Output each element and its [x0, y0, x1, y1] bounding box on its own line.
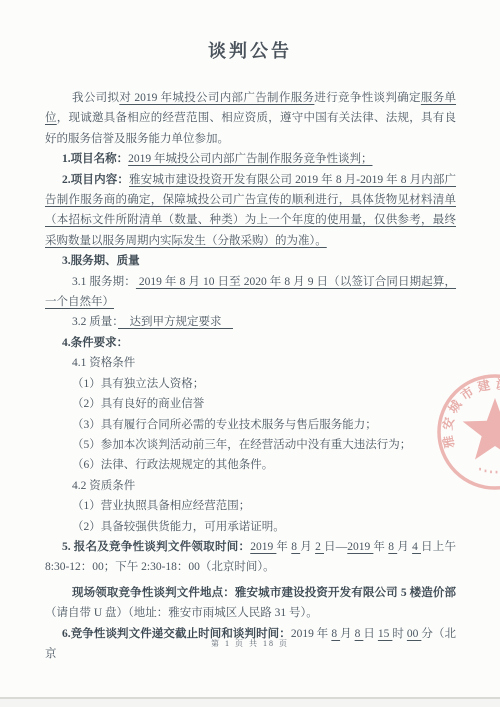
- text-segment: 我公司拟: [72, 92, 119, 104]
- paragraph: （1）具有独立法人资格；: [45, 374, 456, 394]
- text-segment: 对 2019 年城投公司内部广告制作服务: [119, 92, 314, 104]
- paragraph: 2.项目内容：雅安城市建设投资开发有限公司 2019 年 8 月-2019 年 …: [45, 170, 456, 252]
- text-segment: （6）法律、行政法规规定的其他条件。: [72, 459, 273, 471]
- text-segment: 1.项目名称：: [62, 153, 128, 165]
- text-segment: 日—: [324, 541, 347, 553]
- text-segment: 进行竞争性谈判确定: [314, 92, 420, 104]
- text-segment: 4.2 资质条件: [72, 480, 135, 492]
- text-segment: 2.项目内容：: [62, 174, 129, 186]
- paragraph: 5. 报名及竞争性谈判文件领取时间：2019 年 8 月 2 日—2019 年 …: [45, 537, 456, 578]
- text-segment: 年: [276, 541, 291, 553]
- paragraph: 现场领取竞争性谈判文件地点：雅安城市建设投资开发有限公司 5 楼造价部（请自带 …: [45, 583, 456, 624]
- paragraph: （3）具有履行合同所必需的专业技术服务与售后服务能力；: [45, 415, 456, 435]
- paragraph: 1.项目名称：2019 年城投公司内部广告制作服务竞争性谈判；: [45, 149, 456, 169]
- text-segment: （3）具有履行合同所必需的专业技术服务与售后服务能力；: [72, 419, 377, 431]
- document-page: 谈判公告 我公司拟对 2019 年城投公司内部广告制作服务进行竞争性谈判确定服务…: [0, 0, 500, 707]
- text-segment: 现场领取竞争性谈判文件地点：雅安城市建设投资开发有限公司 5 楼造价部: [72, 587, 456, 599]
- page-title: 谈判公告: [0, 37, 500, 63]
- text-segment: （5）参加本次谈判活动前三年，在经营活动中没有重大违法行为；: [72, 439, 411, 451]
- text-segment: 8: [388, 541, 397, 553]
- text-segment: 5. 报名及竞争性谈判文件领取时间：: [62, 541, 250, 553]
- paragraph: 我公司拟对 2019 年城投公司内部广告制作服务进行竞争性谈判确定服务单位，现诚…: [45, 88, 456, 149]
- text-segment: 2019: [347, 541, 373, 553]
- paragraph: （5）参加本次谈判活动前三年，在经营活动中没有重大违法行为；: [45, 435, 456, 455]
- text-segment: 月: [300, 541, 315, 553]
- text-segment: （2）具备较强供货能力，可用承诺证明。: [72, 521, 285, 533]
- text-segment: 2019: [250, 541, 276, 553]
- paragraph: 3.2 质量： 达到甲方规定要求: [45, 312, 456, 332]
- text-segment: ，现诚邀具备相应的经营范围、相应资质，遵守中国有关法律、法规，具有良好的服务信誉…: [45, 112, 456, 144]
- paragraph: （6）法律、行政法规规定的其他条件。: [45, 455, 456, 475]
- scan-background-strip: [0, 699, 500, 707]
- text-segment: 8: [291, 541, 300, 553]
- text-segment: 2: [315, 541, 324, 553]
- text-segment: （请自带 U 盘）（地址：雅安市雨城区人民路 31 号）。: [45, 607, 318, 619]
- text-segment: （1）营业执照具备相应经营范围；: [72, 500, 250, 512]
- text-segment: 达到甲方规定要求: [118, 316, 233, 328]
- page-number-footer: 第 1 页 共 18 页: [0, 638, 500, 649]
- paragraph: 4.2 资质条件: [45, 476, 456, 496]
- text-segment: （1）具有独立法人资格；: [72, 378, 204, 390]
- text-segment: 4: [412, 541, 421, 553]
- text-segment: 4.条件要求：: [62, 337, 128, 349]
- document-body: 我公司拟对 2019 年城投公司内部广告制作服务进行竞争性谈判确定服务单位，现诚…: [0, 88, 500, 664]
- paragraph: （2）具备较强供货能力，可用承诺证明。: [45, 517, 456, 537]
- paragraph: （2）具有良好的商业信誉: [45, 394, 456, 414]
- text-segment: 年: [373, 541, 388, 553]
- text-segment: 2019 年城投公司内部广告制作服务竞争性谈判；: [128, 153, 372, 165]
- paragraph: 3.1 服务期： 2019 年 8 月 10 日至 2020 年 8 月 9 日…: [45, 272, 456, 313]
- paragraph: （1）营业执照具备相应经营范围；: [45, 496, 456, 516]
- text-segment: 3.服务期、质量: [62, 255, 140, 267]
- paragraph: 4.1 资格条件: [45, 353, 456, 373]
- text-segment: 3.1 服务期：: [72, 276, 136, 288]
- text-segment: （2）具有良好的商业信誉: [72, 398, 204, 410]
- text-segment: 月: [397, 541, 412, 553]
- paragraph: 4.条件要求：: [45, 333, 456, 353]
- text-segment: 4.1 资格条件: [72, 357, 135, 369]
- text-segment: 3.2 质量：: [72, 316, 118, 328]
- paragraph: 3.服务期、质量: [45, 251, 456, 271]
